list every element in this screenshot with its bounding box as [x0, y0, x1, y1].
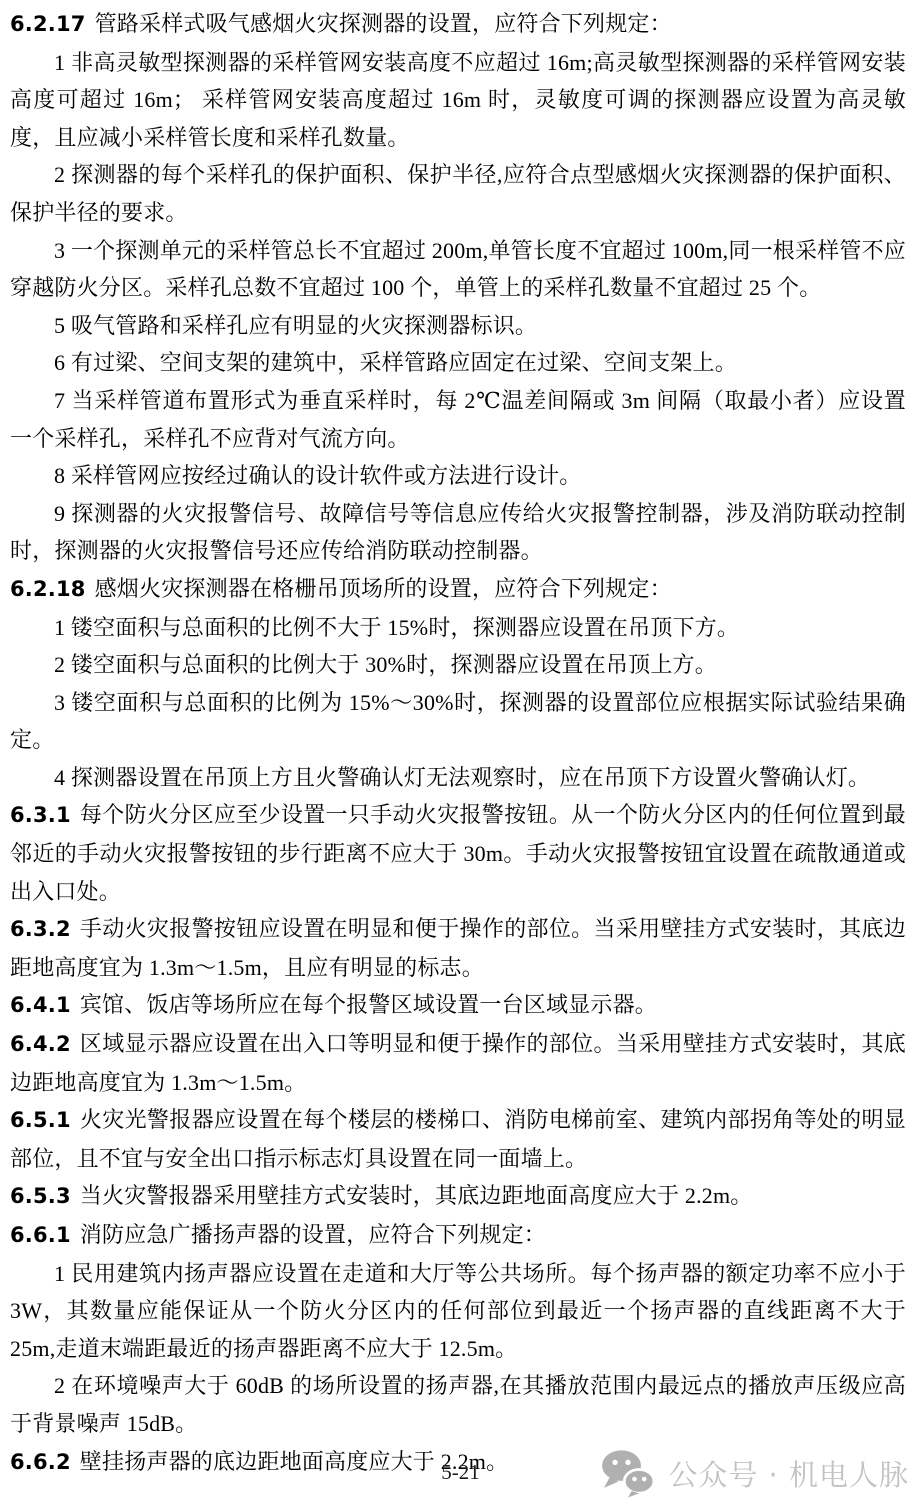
- clause-item: 1 镂空面积与总面积的比例不大于 15%时，探测器应设置在吊顶下方。: [10, 609, 906, 647]
- section-number: 6.2.18: [10, 577, 86, 601]
- section-paragraph: 6.5.1火灾光警报器应设置在每个楼层的楼梯口、消防电梯前室、建筑内部拐角等处的…: [10, 1101, 906, 1177]
- section-number: 6.3.1: [10, 803, 71, 827]
- section-number: 6.3.2: [10, 917, 71, 941]
- section-paragraph: 6.2.17管路采样式吸气感烟火灾探测器的设置，应符合下列规定：: [10, 5, 906, 44]
- section-number: 6.4.2: [10, 1032, 71, 1056]
- document-body: 6.2.17管路采样式吸气感烟火灾探测器的设置，应符合下列规定：1 非高灵敏型探…: [10, 5, 906, 1481]
- clause-item: 4 探测器设置在吊顶上方且火警确认灯无法观察时，应在吊顶下方设置火警确认灯。: [10, 759, 906, 797]
- document-page: 6.2.17管路采样式吸气感烟火灾探测器的设置，应符合下列规定：1 非高灵敏型探…: [0, 0, 921, 1507]
- section-number: 6.6.1: [10, 1223, 71, 1247]
- clause-item: 2 探测器的每个采样孔的保护面积、保护半径,应符合点型感烟火灾探测器的保护面积、…: [10, 156, 906, 231]
- section-paragraph: 6.5.3当火灾警报器采用壁挂方式安装时，其底边距地面高度应大于 2.2m。: [10, 1177, 906, 1216]
- section-number: 6.2.17: [10, 12, 86, 36]
- section-paragraph: 6.4.2区域显示器应设置在出入口等明显和便于操作的部位。当采用壁挂方式安装时，…: [10, 1025, 906, 1101]
- watermark-text: 公众号 · 机电人脉: [668, 1453, 909, 1494]
- section-paragraph: 6.3.1每个防火分区应至少设置一只手动火灾报警按钮。从一个防火分区内的任何位置…: [10, 796, 906, 910]
- clause-item: 5 吸气管路和采样孔应有明显的火灾探测器标识。: [10, 307, 906, 345]
- clause-item: 3 镂空面积与总面积的比例为 15%～30%时，探测器的设置部位应根据实际试验结…: [10, 684, 906, 759]
- watermark: 公众号 · 机电人脉: [600, 1445, 909, 1501]
- clause-item: 7 当采样管道布置形式为垂直采样时，每 2℃温差间隔或 3m 间隔（取最小者）应…: [10, 382, 906, 457]
- section-number: 6.4.1: [10, 993, 71, 1017]
- wechat-icon: [600, 1448, 656, 1498]
- clause-item: 2 镂空面积与总面积的比例大于 30%时，探测器应设置在吊顶上方。: [10, 646, 906, 684]
- clause-item: 8 采样管网应按经过确认的设计软件或方法进行设计。: [10, 457, 906, 495]
- section-paragraph: 6.3.2手动火灾报警按钮应设置在明显和便于操作的部位。当采用壁挂方式安装时，其…: [10, 910, 906, 986]
- clause-item: 1 非高灵敏型探测器的采样管网安装高度不应超过 16m;高灵敏型探测器的采样管网…: [10, 44, 906, 157]
- clause-item: 6 有过梁、空间支架的建筑中，采样管路应固定在过梁、空间支架上。: [10, 344, 906, 382]
- section-number: 6.5.1: [10, 1108, 71, 1132]
- clause-item: 1 民用建筑内扬声器应设置在走道和大厅等公共场所。每个扬声器的额定功率不应小于 …: [10, 1255, 906, 1368]
- section-paragraph: 6.4.1宾馆、饭店等场所应在每个报警区域设置一台区域显示器。: [10, 986, 906, 1025]
- clause-item: 9 探测器的火灾报警信号、故障信号等信息应传给火灾报警控制器，涉及消防联动控制时…: [10, 495, 906, 570]
- clause-item: 2 在环境噪声大于 60dB 的场所设置的扬声器,在其播放范围内最远点的播放声压…: [10, 1367, 906, 1442]
- section-paragraph: 6.6.1消防应急广播扬声器的设置，应符合下列规定：: [10, 1216, 906, 1255]
- section-number: 6.5.3: [10, 1184, 71, 1208]
- clause-item: 3 一个探测单元的采样管总长不宜超过 200m,单管长度不宜超过 100m,同一…: [10, 232, 906, 307]
- section-paragraph: 6.2.18感烟火灾探测器在格栅吊顶场所的设置，应符合下列规定：: [10, 570, 906, 609]
